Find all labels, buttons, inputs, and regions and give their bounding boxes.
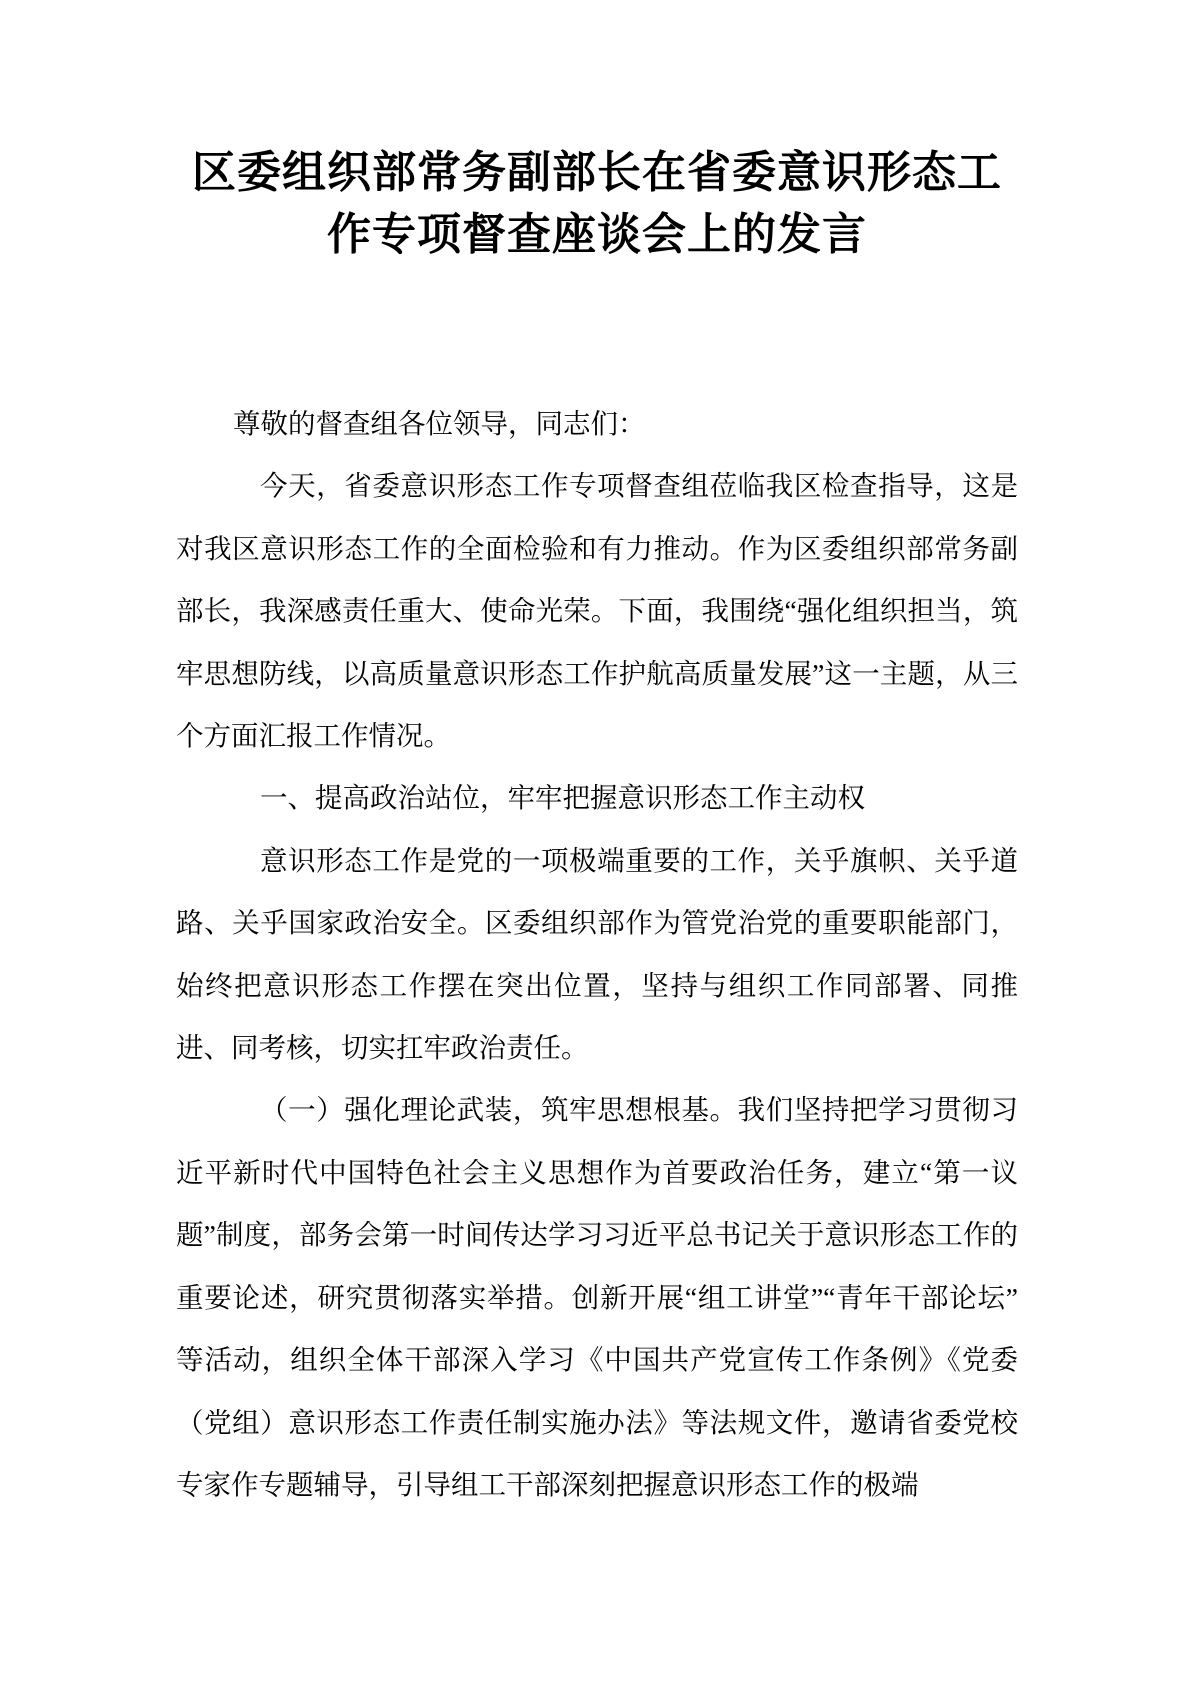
document-content: 区委组织部常务副部长在省委意识形态工作专项督查座谈会上的发言 尊敬的督查组各位领…: [176, 142, 1018, 1516]
paragraph-salutation: 尊敬的督查组各位领导，同志们：: [176, 393, 1018, 455]
paragraph: 意识形态工作是党的一项极端重要的工作，关乎旗帜、关乎道路、关乎国家政治安全。区委…: [176, 830, 1018, 1080]
section-heading: 一、提高政治站位，牢牢把握意识形态工作主动权: [176, 767, 1018, 829]
document-title: 区委组织部常务副部长在省委意识形态工作专项督查座谈会上的发言: [176, 142, 1018, 266]
document-page: 区委组织部常务副部长在省委意识形态工作专项督查座谈会上的发言 尊敬的督查组各位领…: [0, 0, 1190, 1683]
paragraph: 今天，省委意识形态工作专项督查组莅临我区检查指导，这是对我区意识形态工作的全面检…: [176, 455, 1018, 767]
document-body: 尊敬的督查组各位领导，同志们：今天，省委意识形态工作专项督查组莅临我区检查指导，…: [176, 393, 1018, 1516]
paragraph: （一）强化理论武装，筑牢思想根基。我们坚持把学习贯彻习近平新时代中国特色社会主义…: [176, 1079, 1018, 1516]
